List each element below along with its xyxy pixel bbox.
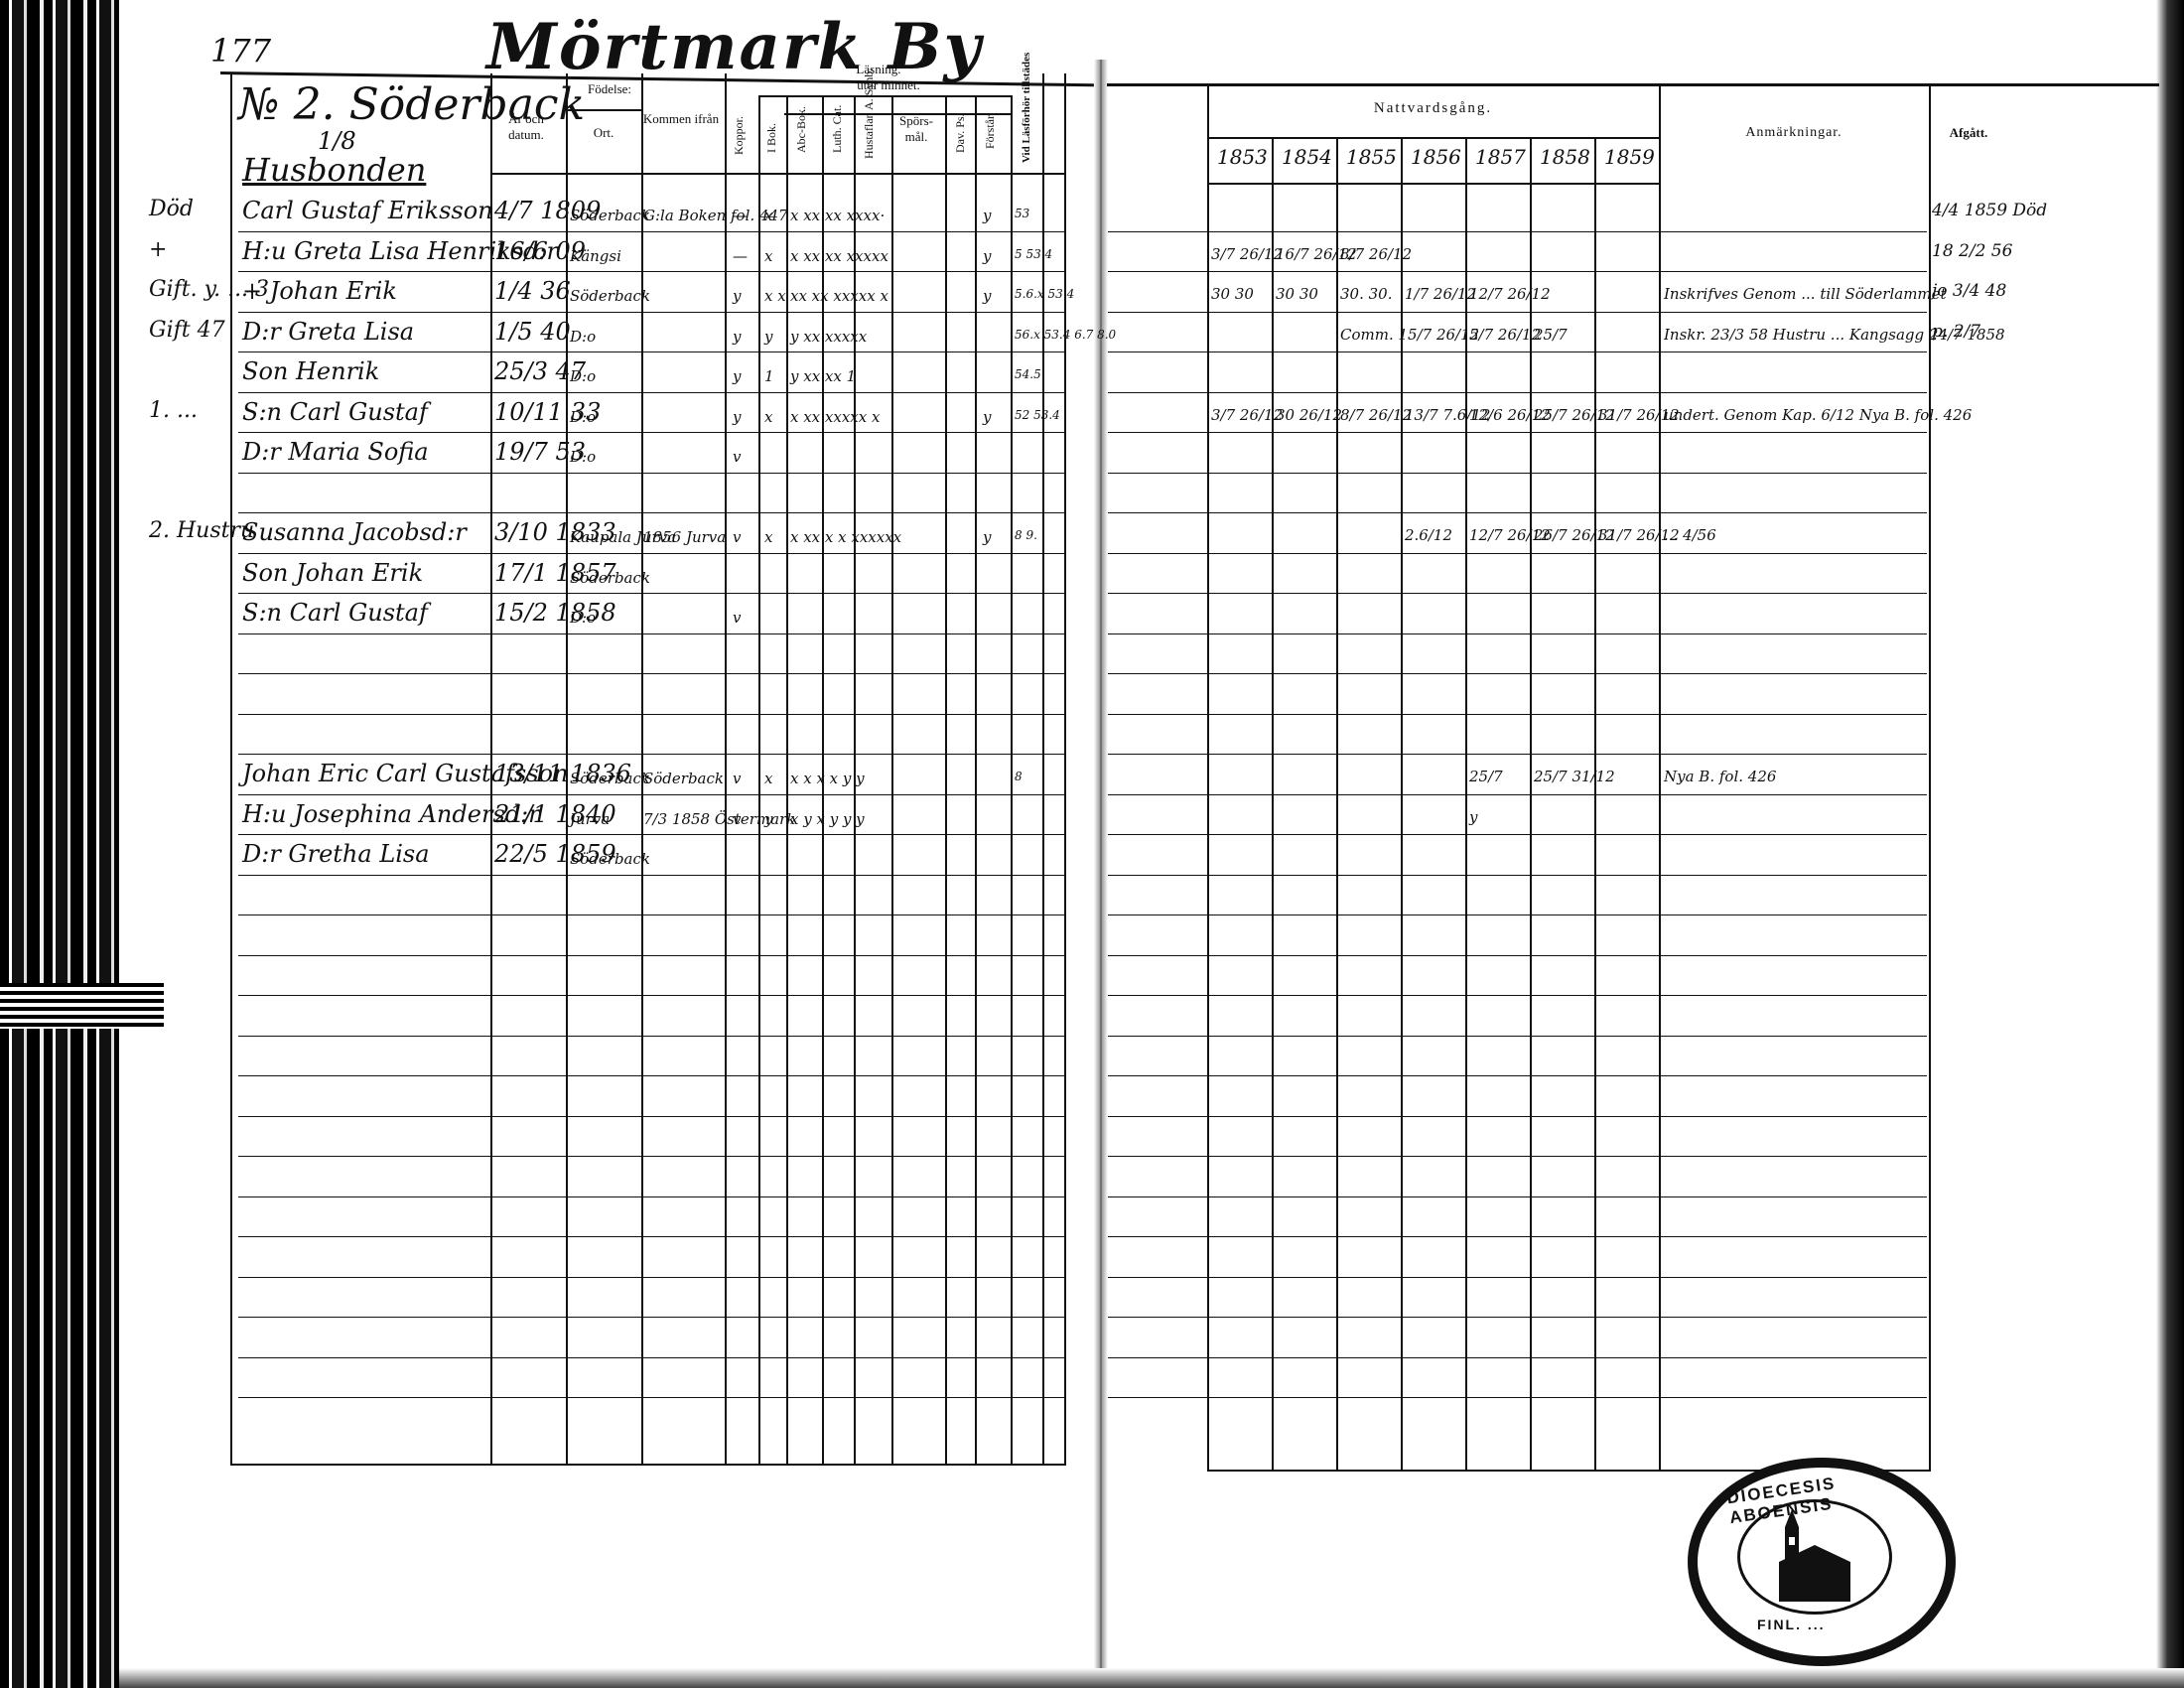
row-rule bbox=[1108, 673, 1927, 674]
row-forstar: y bbox=[983, 247, 991, 265]
row-koppor: — bbox=[733, 247, 748, 265]
row-lasforhor: 8 9. bbox=[1015, 528, 1037, 542]
header-ar-datum: År och datum. bbox=[490, 111, 562, 142]
row-rule bbox=[238, 794, 1064, 795]
row-place: D:o bbox=[570, 367, 596, 385]
row-rule bbox=[1108, 271, 1927, 272]
row-rule bbox=[1108, 1277, 1927, 1278]
row-margin: 1. ... bbox=[149, 398, 198, 423]
row-rule bbox=[238, 352, 1064, 352]
row-forstar: y bbox=[983, 287, 991, 305]
header-fodelse: Födelse: bbox=[564, 81, 655, 97]
row-rule bbox=[1108, 553, 1927, 554]
communion-date: 30 30 bbox=[1276, 285, 1318, 303]
row-rule bbox=[238, 473, 1064, 474]
row-marks: x x x x y y bbox=[790, 770, 865, 787]
row-rule bbox=[1108, 1196, 1927, 1197]
row-place: D:o bbox=[570, 609, 596, 627]
row-rule bbox=[238, 231, 1064, 232]
row-lasforhor: 56.x 53.4 6.7 8.0 bbox=[1015, 328, 1116, 342]
row-rule bbox=[1108, 231, 1927, 232]
section-label: Husbonden bbox=[242, 151, 426, 189]
row-rule bbox=[1108, 875, 1927, 876]
header-hustaflan: Hustaflan A. Synb. bbox=[862, 99, 877, 159]
row-name: D:r Greta Lisa bbox=[242, 318, 414, 346]
column-rule bbox=[786, 95, 788, 1464]
communion-date: 2.6/12 bbox=[1405, 526, 1452, 544]
row-ibok: x bbox=[764, 408, 772, 426]
row-rule bbox=[1108, 1075, 1927, 1076]
communion-date: Comm. 15/7 26/12 bbox=[1340, 326, 1479, 344]
row-rule bbox=[1108, 1236, 1927, 1237]
column-rule bbox=[1042, 73, 1044, 1464]
communion-date: 25/7 bbox=[1469, 768, 1503, 785]
row-rule bbox=[1108, 955, 1927, 956]
row-rule bbox=[1108, 1397, 1927, 1398]
row-rule bbox=[238, 271, 1064, 272]
row-rule bbox=[238, 1236, 1064, 1237]
communion-date: 25/7 bbox=[1534, 326, 1568, 344]
page-edge bbox=[2156, 0, 2184, 1688]
row-rule bbox=[238, 754, 1064, 755]
row-rule bbox=[238, 1397, 1064, 1398]
year-header: 1854 bbox=[1282, 145, 1332, 169]
column-rule bbox=[1594, 139, 1596, 1470]
row-koppor: y bbox=[733, 328, 741, 346]
afgatt-note: jo 3/4 48 bbox=[1932, 281, 2006, 301]
year-header: 1858 bbox=[1540, 145, 1590, 169]
church-icon bbox=[1775, 1507, 1854, 1607]
row-marks: xx xx xxxxx x bbox=[790, 287, 888, 305]
remark: undert. Genom Kap. 6/12 Nya B. fol. 426 bbox=[1664, 406, 1972, 424]
header-i-bok: I Bok. bbox=[764, 103, 779, 153]
row-koppor: — bbox=[733, 207, 748, 224]
row-rule bbox=[1108, 593, 1927, 594]
row-rule bbox=[1108, 1317, 1927, 1318]
row-place: D:o bbox=[570, 448, 596, 466]
row-rule bbox=[1108, 834, 1927, 835]
row-rule bbox=[238, 1156, 1064, 1157]
communion-date: 12/7 26/12 bbox=[1469, 285, 1551, 303]
row-place: Jurva bbox=[570, 810, 610, 828]
row-koppor: y bbox=[733, 408, 741, 426]
communion-date: 25/7 31/12 bbox=[1534, 768, 1615, 785]
book-spine-tab bbox=[0, 983, 164, 1029]
row-ibok: 1 bbox=[764, 367, 774, 385]
row-from: Söderback bbox=[643, 770, 724, 787]
row-ibok: x bbox=[764, 770, 772, 787]
row-rule bbox=[238, 432, 1064, 433]
row-marks: x xx x x xxxxxx bbox=[790, 528, 901, 546]
row-rule bbox=[238, 1357, 1064, 1358]
afgatt-note: p. 2/7 bbox=[1932, 322, 1980, 342]
row-forstar: y bbox=[983, 528, 991, 546]
row-name: Son Henrik bbox=[242, 357, 379, 385]
remark: Nya B. fol. 426 bbox=[1664, 768, 1776, 785]
column-rule bbox=[891, 95, 893, 1464]
header-rule bbox=[564, 109, 641, 111]
row-rule bbox=[1108, 714, 1927, 715]
column-rule bbox=[1064, 73, 1066, 1464]
row-rule bbox=[238, 633, 1064, 634]
row-date: 15/2 1858 bbox=[494, 599, 616, 627]
row-koppor: v bbox=[733, 528, 741, 546]
header-utur-minnet: utur minnet. bbox=[814, 77, 963, 93]
row-rule bbox=[238, 1036, 1064, 1037]
row-name: Son Johan Erik bbox=[242, 559, 423, 587]
header-sporsmal: Spörs-mål. bbox=[893, 113, 939, 144]
communion-date: y bbox=[1469, 808, 1477, 826]
communion-date: 8/7 26/12 bbox=[1340, 406, 1412, 424]
row-rule bbox=[1108, 1357, 1927, 1358]
header-afgatt: Afgått. bbox=[1929, 125, 2008, 141]
row-place: Söderback bbox=[570, 850, 650, 868]
row-place: Söderback bbox=[570, 207, 650, 224]
communion-date: 30 26/12 bbox=[1276, 406, 1342, 424]
header-abc-bok: Abc-Bok. bbox=[794, 103, 809, 153]
afgatt-note: 18 2/2 56 bbox=[1932, 241, 2012, 261]
header-forstar: Förstår bbox=[983, 99, 998, 149]
row-rule bbox=[1108, 473, 1927, 474]
header-rule bbox=[1207, 137, 1659, 139]
row-rule bbox=[1108, 914, 1927, 915]
afgatt-note: 4/4 1859 Död bbox=[1932, 201, 2047, 220]
communion-date: 30. 30. bbox=[1340, 285, 1392, 303]
row-koppor: y bbox=[733, 367, 741, 385]
column-rule bbox=[1011, 95, 1013, 1464]
row-date: 1/5 40 bbox=[494, 318, 571, 346]
header-nattvardsgang: Nattvardsgång. bbox=[1207, 99, 1659, 117]
row-ibok: y bbox=[764, 328, 772, 346]
row-rule bbox=[238, 312, 1064, 313]
row-ibok: y bbox=[764, 810, 772, 828]
row-lasforhor: 5.6.x 53.4 bbox=[1015, 287, 1074, 301]
row-forstar: y bbox=[983, 207, 991, 224]
communion-date: 8/7 26/12 bbox=[1340, 245, 1412, 263]
row-rule bbox=[238, 1277, 1064, 1278]
row-name: Susanna Jacobsd:r bbox=[242, 518, 467, 546]
row-rule bbox=[238, 1116, 1064, 1117]
row-rule bbox=[1108, 995, 1927, 996]
row-rule bbox=[1108, 794, 1927, 795]
header-kommen-ifran: Kommen ifrån bbox=[641, 111, 721, 127]
header-dav-ps: Dav. Ps. bbox=[953, 103, 968, 153]
book-gutter bbox=[1094, 60, 1108, 1668]
row-marks: x xx xx xxxxx bbox=[790, 247, 888, 265]
header-rule bbox=[758, 95, 1011, 97]
row-name: S:n Carl Gustaf bbox=[242, 599, 428, 627]
header-vid-lasforhor: Vid Läsförhör tillstädes bbox=[1021, 73, 1032, 163]
remark: ... 4/56 bbox=[1664, 526, 1716, 544]
page-number: 177 bbox=[210, 32, 271, 70]
row-ibok: x bbox=[764, 207, 772, 224]
row-place: D:o bbox=[570, 328, 596, 346]
row-place: Söderback bbox=[570, 287, 650, 305]
row-margin: 2. Hustru bbox=[149, 518, 254, 543]
row-rule bbox=[1108, 392, 1927, 393]
row-koppor: v bbox=[733, 609, 741, 627]
row-date: 1/4 36 bbox=[494, 277, 571, 305]
row-lasforhor: 5 53.4 bbox=[1015, 247, 1052, 261]
row-name: Carl Gustaf Eriksson bbox=[242, 197, 493, 224]
row-ibok: x x bbox=[764, 287, 786, 305]
header-anmarkningar: Anmärkningar. bbox=[1659, 125, 1929, 142]
row-ibok: x bbox=[764, 528, 772, 546]
row-place: Söderback bbox=[570, 569, 650, 587]
column-rule bbox=[975, 95, 977, 1464]
row-rule bbox=[1108, 633, 1927, 634]
row-rule bbox=[238, 1075, 1064, 1076]
row-rule bbox=[238, 512, 1064, 513]
year-header: 1856 bbox=[1411, 145, 1461, 169]
row-rule bbox=[238, 995, 1064, 996]
row-margin: Död bbox=[149, 197, 194, 221]
row-margin: + bbox=[149, 237, 167, 262]
header-ort: Ort. bbox=[568, 125, 639, 141]
row-rule bbox=[1108, 1036, 1927, 1037]
row-marks: y xx xxxxx bbox=[790, 328, 867, 346]
row-name: D:r Gretha Lisa bbox=[242, 840, 430, 868]
row-rule bbox=[238, 593, 1064, 594]
row-name: D:r Maria Sofia bbox=[242, 438, 429, 466]
row-rule bbox=[1108, 512, 1927, 513]
row-place: D:o bbox=[570, 408, 596, 426]
row-rule bbox=[1108, 754, 1927, 755]
header-rule bbox=[1207, 183, 1659, 185]
row-rule bbox=[238, 914, 1064, 915]
column-rule bbox=[945, 95, 947, 1464]
row-rule bbox=[1108, 1116, 1927, 1117]
communion-date: 30 30 bbox=[1211, 285, 1254, 303]
column-rule bbox=[1272, 139, 1274, 1470]
row-rule bbox=[238, 714, 1064, 715]
row-koppor: y bbox=[733, 287, 741, 305]
column-rule bbox=[725, 73, 727, 1464]
row-name: S:n Carl Gustaf bbox=[242, 398, 428, 426]
year-header: 1857 bbox=[1475, 145, 1526, 169]
row-marks: x xx xx xxxx· bbox=[790, 207, 885, 224]
row-rule bbox=[238, 875, 1064, 876]
row-rule bbox=[238, 1196, 1064, 1197]
row-marks: x y x y y y bbox=[790, 810, 865, 828]
stamp-text-bottom: FINL. ... bbox=[1757, 1617, 1826, 1632]
row-rule bbox=[1108, 432, 1927, 433]
row-name: + Johan Erik bbox=[242, 277, 397, 305]
communion-date: 3/7 26/12 bbox=[1211, 245, 1283, 263]
remark: Inskrifves Genom ... till Söderlammet bbox=[1664, 285, 1947, 303]
row-rule bbox=[238, 553, 1064, 554]
row-rule bbox=[238, 955, 1064, 956]
header-lasning: Läsning. bbox=[824, 62, 933, 77]
row-lasforhor: 54.5 bbox=[1015, 367, 1041, 381]
communion-date: 3/7 26/12 bbox=[1211, 406, 1283, 424]
row-from: 1856 Jurva bbox=[643, 528, 726, 546]
row-place: Söderback bbox=[570, 770, 650, 787]
row-place: Kängsi bbox=[570, 247, 621, 265]
row-ibok: x bbox=[764, 247, 772, 265]
year-header: 1855 bbox=[1346, 145, 1397, 169]
diocese-stamp: DIOECESIS ABOENSIS FINL. ... bbox=[1688, 1458, 1956, 1666]
communion-date: 5/7 26/12 bbox=[1469, 326, 1541, 344]
row-rule bbox=[1108, 1156, 1927, 1157]
row-rule bbox=[238, 834, 1064, 835]
row-lasforhor: 53 bbox=[1015, 207, 1029, 220]
header-koppor: Koppor. bbox=[732, 95, 747, 155]
row-rule bbox=[238, 392, 1064, 393]
column-rule bbox=[1659, 83, 1661, 1470]
column-rule bbox=[758, 95, 760, 1464]
header-rule bbox=[490, 173, 1064, 175]
row-koppor: v bbox=[733, 810, 741, 828]
row-rule bbox=[1108, 312, 1927, 313]
communion-date: 1/7 26/12 bbox=[1405, 285, 1476, 303]
row-rule bbox=[1108, 352, 1927, 352]
row-lasforhor: 8 bbox=[1015, 770, 1023, 783]
column-rule bbox=[1207, 83, 1209, 1470]
row-rule bbox=[238, 673, 1064, 674]
column-rule bbox=[1336, 139, 1338, 1470]
year-header: 1859 bbox=[1604, 145, 1655, 169]
row-marks: y xx xx 1 bbox=[790, 367, 856, 385]
row-koppor: v bbox=[733, 448, 741, 466]
header-luth-cat: Luth. Cat. bbox=[830, 103, 845, 153]
row-koppor: v bbox=[733, 770, 741, 787]
page-shadow bbox=[119, 1668, 2184, 1688]
row-forstar: y bbox=[983, 408, 991, 426]
year-header: 1853 bbox=[1217, 145, 1268, 169]
row-margin: Gift 47 bbox=[149, 318, 225, 343]
row-lasforhor: 52 53.4 bbox=[1015, 408, 1060, 422]
book-spine bbox=[0, 0, 119, 1688]
column-rule bbox=[641, 73, 643, 1464]
row-rule bbox=[238, 1317, 1064, 1318]
row-marks: x xx xxxxx x bbox=[790, 408, 880, 426]
